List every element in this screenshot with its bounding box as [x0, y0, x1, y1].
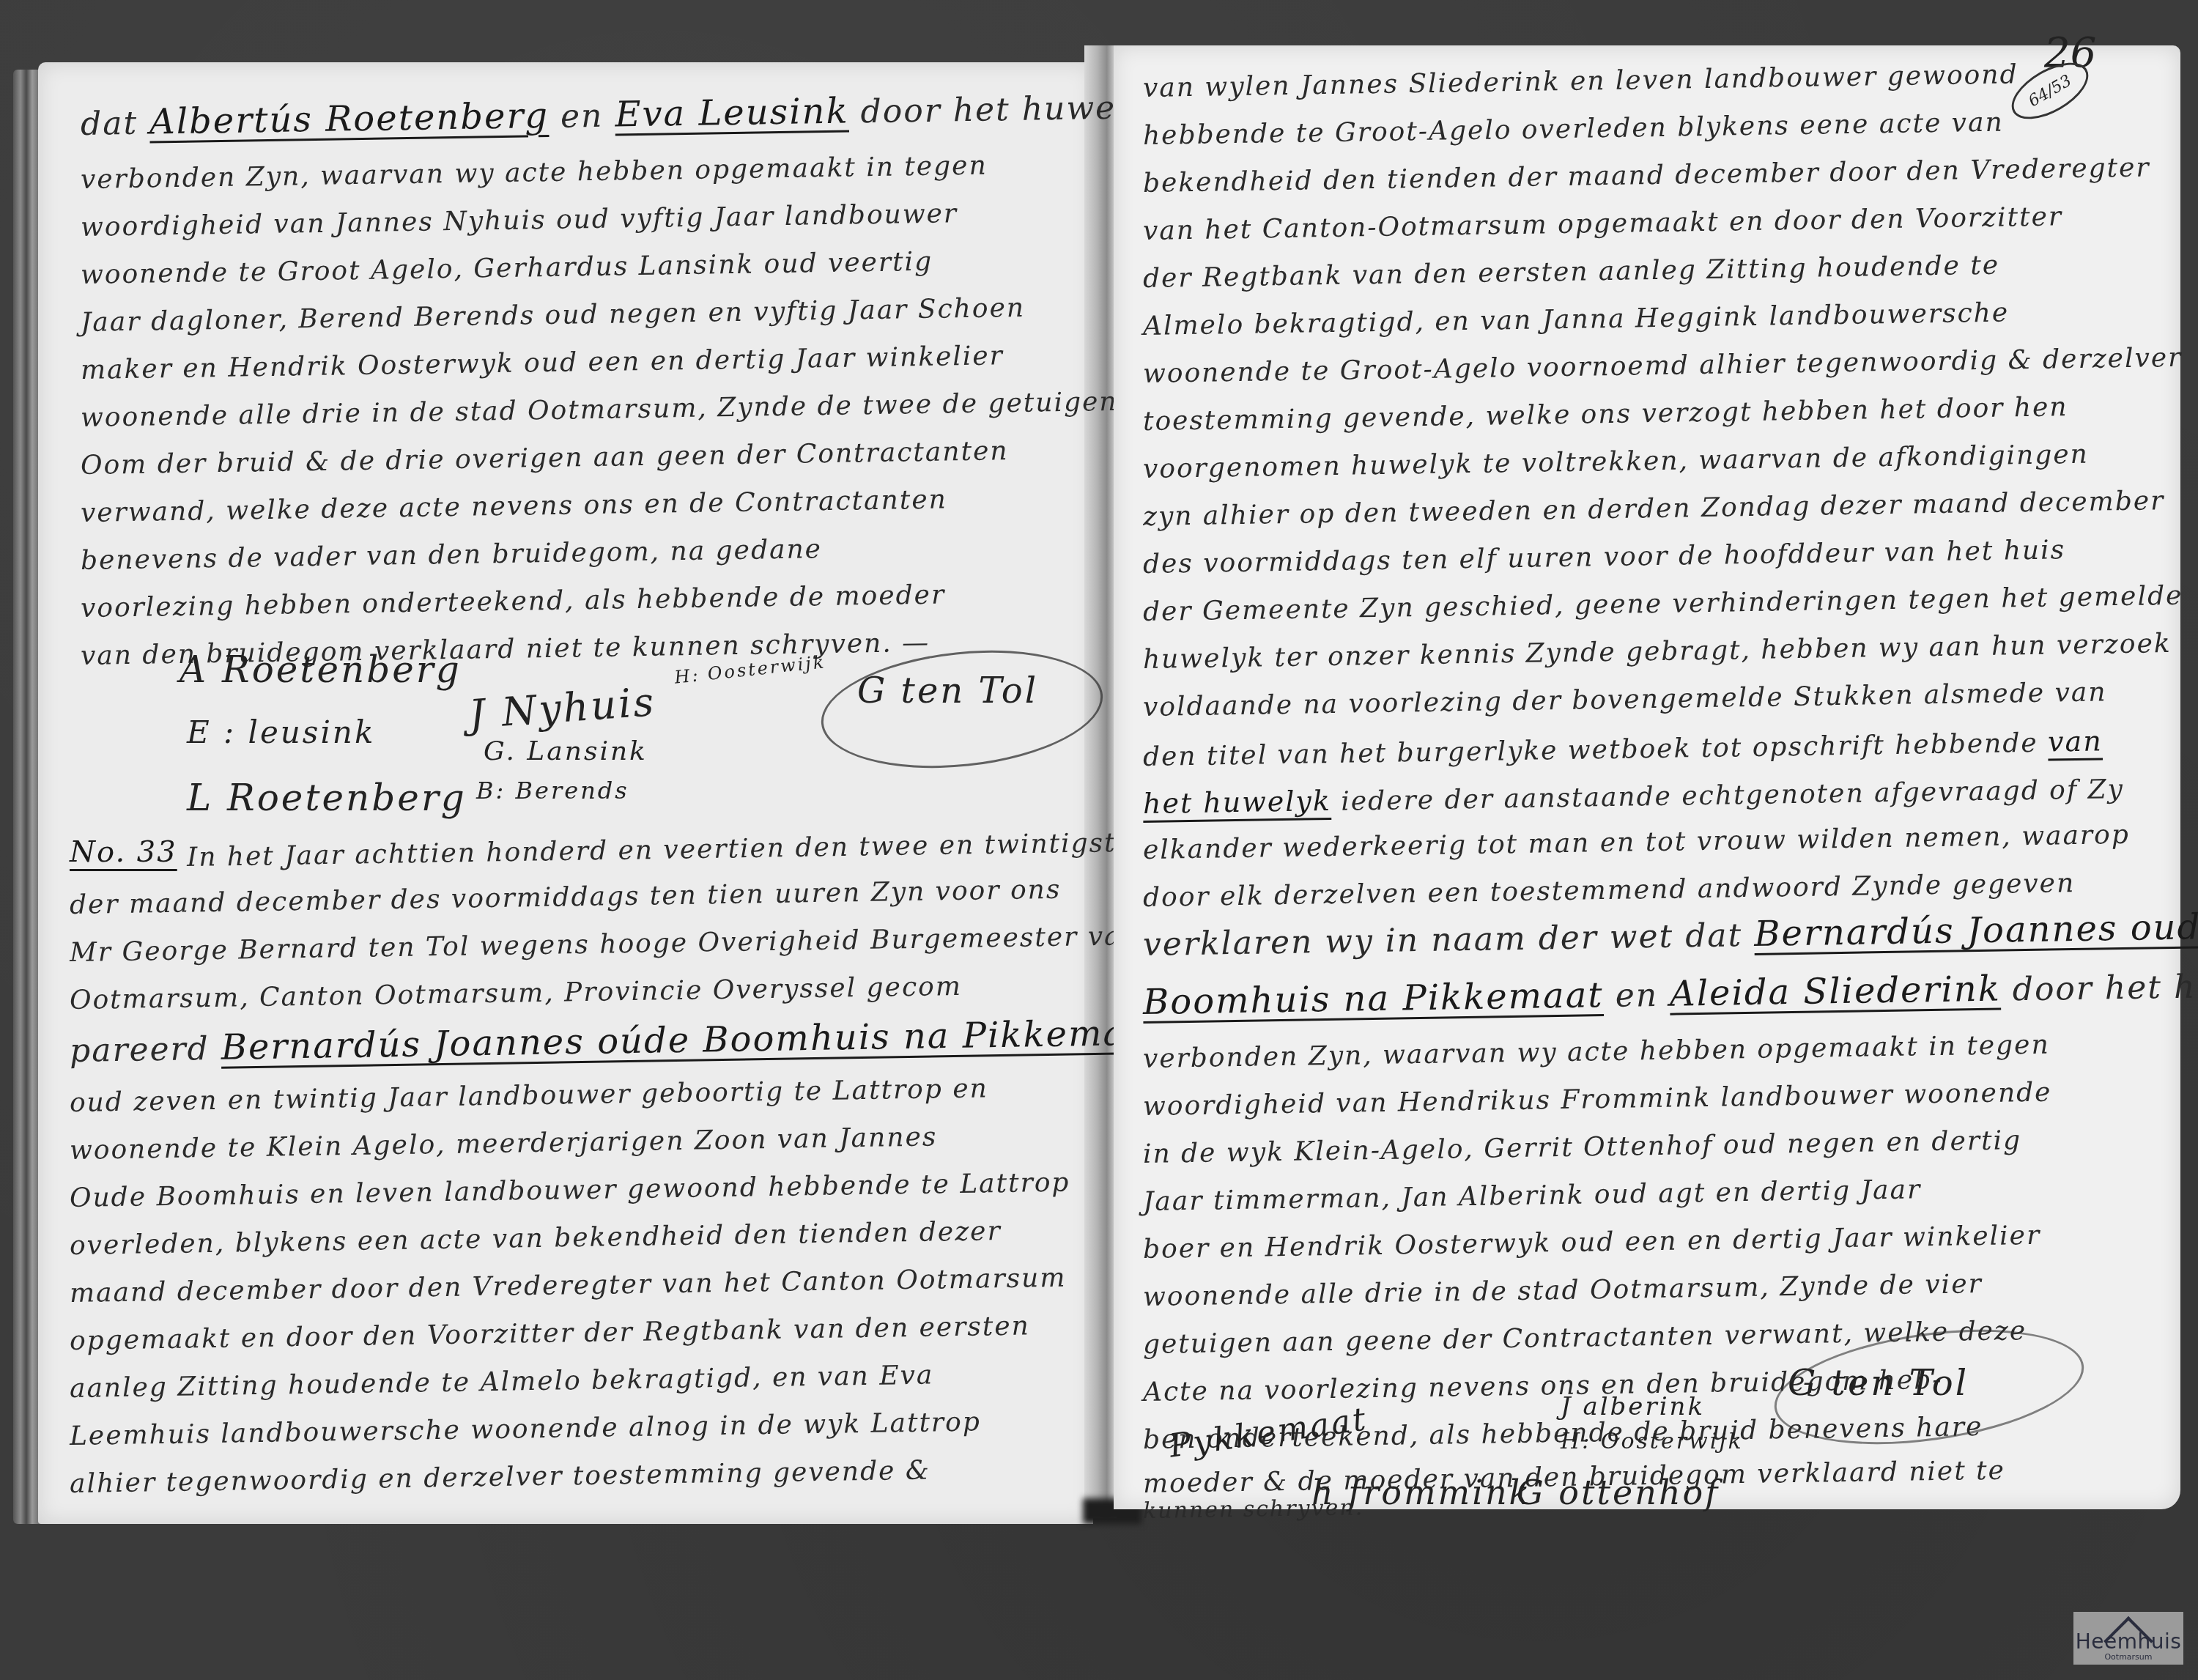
archive-logo: Heemhuis Ootmarsum: [2073, 1612, 2183, 1665]
signature: G ottenhof: [1517, 1473, 1720, 1512]
signature: J alberink: [1561, 1392, 1705, 1421]
groom-name: Boomhuis na Pikkemaat: [1143, 974, 1605, 1023]
logo-name: Heemhuis: [2076, 1632, 2182, 1652]
signature: E : leusink: [187, 714, 375, 750]
signature: G. Lansink: [484, 736, 648, 766]
bride-name: Aleida Sliederink: [1670, 969, 2002, 1015]
signature: h frommink: [1311, 1473, 1531, 1512]
signature: A Roetenberg: [180, 648, 462, 691]
groom-name: Bernardús Joannes oude: [1754, 906, 2198, 955]
groom-name: Albertús Roetenberg: [149, 95, 549, 143]
signature: L Roetenberg: [187, 777, 467, 819]
bride-name: Eva Leusink: [615, 91, 849, 136]
entry-number: No. 33: [70, 835, 177, 869]
book-gutter: [1084, 45, 1117, 1518]
signature: H: Oosterwijk: [1561, 1429, 1744, 1454]
logo-subtitle: Ootmarsum: [2104, 1652, 2152, 1662]
signature: B: Berends: [476, 777, 629, 804]
